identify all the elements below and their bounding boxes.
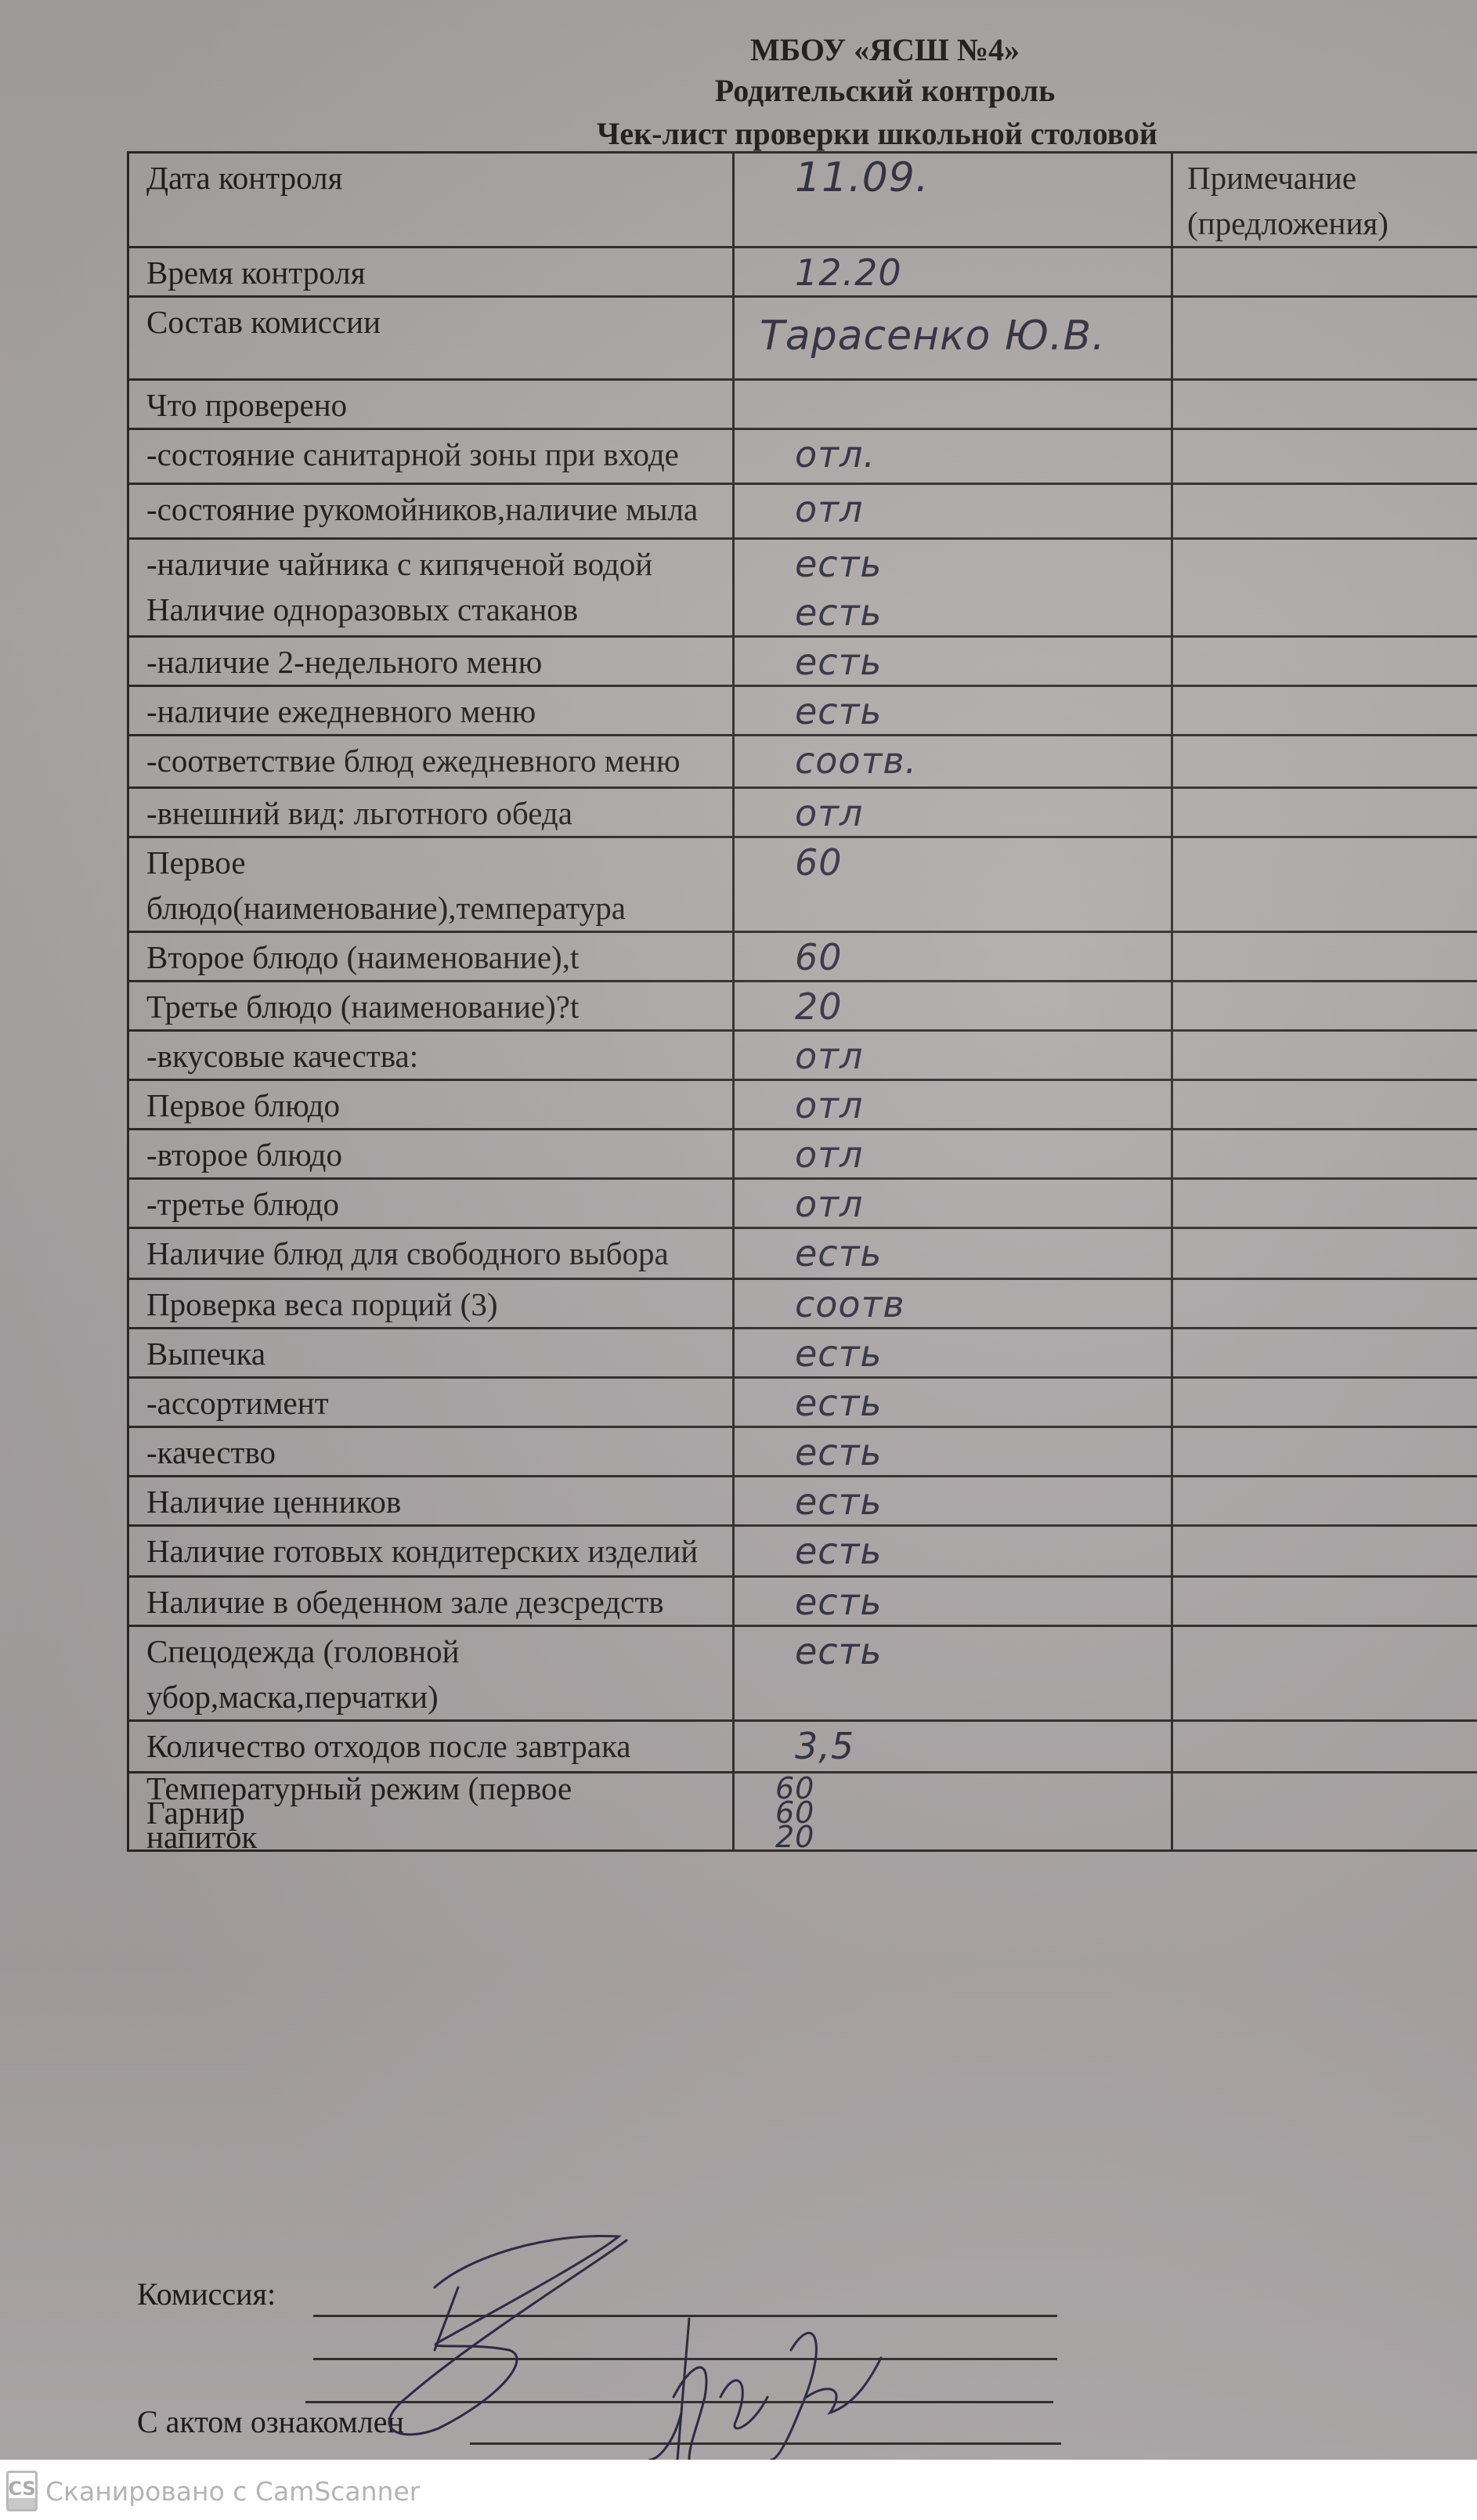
note-cell[interactable] [1172,539,1477,637]
check-label: -наличие чайника с кипяченой водой [146,541,724,587]
header-row: Время контроля12.20 [128,248,1477,297]
note-column-header: Примечание (предложения) [1172,153,1477,248]
table-row: -состояние рукомойников,наличие мылаотл [128,484,1477,539]
check-value-cell[interactable]: естьесть [734,539,1172,637]
table-row: Второе блюдо (наименование),t60 [128,932,1477,982]
note-cell[interactable] [1172,736,1477,788]
handwritten-value: 20 [752,984,1163,1029]
check-label: -состояние санитарной зоны при входе [146,432,724,477]
table-row: -наличие ежедневного менюесть [128,686,1477,736]
check-label: Второе блюдо (наименование),t [146,935,724,980]
check-label-cell: Наличие в обеденном зале дезсредств [128,1577,734,1626]
check-label: -третье блюдо [146,1181,724,1227]
check-label-cell: Наличие ценников [128,1477,734,1526]
table-row: Наличие ценниковесть [128,1477,1477,1526]
commission-signature-line-2[interactable] [313,2358,1057,2360]
note-cell[interactable] [1172,637,1477,686]
check-label-cell: -качество [128,1427,734,1477]
handwritten-temperature: 20 [752,1825,1163,1849]
commission-label: Комиссия: [137,2276,276,2312]
table-row: -ассортиментесть [128,1378,1477,1427]
check-label-cell: Выпечка [128,1329,734,1378]
handwritten-value: соотв [752,1282,1163,1327]
check-label: -наличие ежедневного меню [146,689,724,734]
note-cell[interactable] [1172,1179,1477,1228]
note-cell[interactable] [1172,248,1477,297]
check-label: Третье блюдо (наименование)?t [146,984,724,1029]
camscanner-watermark: CS Сканировано с CamScanner [6,2468,420,2515]
handwritten-value: есть [752,1479,1163,1524]
note-cell[interactable] [1172,1577,1477,1626]
handwritten-value: есть [752,1579,1163,1625]
row-value-cell[interactable]: 12.20 [734,248,1172,297]
handwritten-value: есть [752,1380,1163,1426]
row-label: Что проверено [128,380,734,429]
temperature-label: напиток [146,1825,724,1849]
handwritten-value: отл. [752,432,1163,477]
note-cell[interactable] [1172,1130,1477,1179]
header-row: Состав комиссииТарасенко Ю.В. [128,297,1477,380]
check-value-cell[interactable]: соотв. [734,736,1172,788]
note-cell[interactable] [1172,1378,1477,1427]
check-label-cell: Наличие блюд для свободного выбора [128,1228,734,1279]
note-cell[interactable] [1172,429,1477,484]
check-label: Первое блюдо [146,1083,724,1128]
check-value-cell[interactable]: соотв [734,1279,1172,1329]
check-value-cell[interactable]: есть [734,1329,1172,1378]
row-label: Дата контроля [128,153,734,248]
check-label: -второе блюдо [146,1132,724,1177]
scanned-page: МБОУ «ЯСШ №4» Родительский контроль Чек-… [0,0,1477,2460]
check-label: Наличие блюд для свободного выбора [146,1231,724,1276]
check-label-cell: Первое блюдо(наименование),температура [128,837,734,932]
document-title: Чек-лист проверки школьной столовой [133,115,1477,152]
check-label-cell: Проверка веса порций (3) [128,1279,734,1329]
table-row: -наличие чайника с кипяченой водойНаличи… [128,539,1477,637]
handwritten-value: есть [752,1331,1163,1376]
table-row: Наличие готовых кондитерских изделийесть [128,1526,1477,1577]
note-cell[interactable] [1172,788,1477,837]
row-label: Время контроля [128,248,734,297]
row-value-cell[interactable]: 11.09. [734,153,1172,248]
note-cell[interactable] [1172,380,1477,429]
check-label-cell: Первое блюдо [128,1080,734,1130]
row-value-cell[interactable]: Тарасенко Ю.В. [734,297,1172,380]
check-label-cell: -соответствие блюд ежедневного меню [128,736,734,788]
watermark-text: Сканировано с CamScanner [45,2476,420,2507]
handwritten-value: отл [752,1181,1163,1227]
check-value-cell[interactable]: отл [734,1179,1172,1228]
row-label: Состав комиссии [128,297,734,380]
check-value-cell[interactable]: есть [734,686,1172,736]
check-label-cell: Наличие готовых кондитерских изделий [128,1526,734,1577]
note-cell[interactable] [1172,686,1477,736]
check-label-cell: Количество отходов после завтрака [128,1721,734,1773]
camscanner-logo-icon: CS [6,2471,38,2511]
handwritten-value: есть [752,1629,1163,1674]
note-cell[interactable] [1172,1228,1477,1279]
check-value-cell[interactable]: отл [734,1031,1172,1080]
check-label-cell: -внешний вид: льготного обеда [128,788,734,837]
check-label-cell: Второе блюдо (наименование),t [128,932,734,982]
note-cell[interactable] [1172,982,1477,1031]
check-value-cell[interactable]: отл [734,788,1172,837]
note-cell[interactable] [1172,1526,1477,1577]
handwritten-value: отл [752,486,1163,532]
check-value-cell[interactable]: есть [734,1626,1172,1721]
check-value-cell[interactable]: есть [734,1526,1172,1577]
check-value-cell[interactable]: есть [734,1228,1172,1279]
check-label-cell: -третье блюдо [128,1179,734,1228]
handwritten-sub-value: есть [752,590,1163,635]
note-cell[interactable] [1172,1721,1477,1773]
handwritten-value: есть [752,1430,1163,1475]
note-cell[interactable] [1172,1773,1477,1851]
table-row: Наличие блюд для свободного выбораесть [128,1228,1477,1279]
handwritten-value: отл [752,1033,1163,1079]
table-row: Количество отходов после завтрака3,5 [128,1721,1477,1773]
handwritten-value: отл [752,790,1163,836]
commission-signature-line-3[interactable] [305,2401,1053,2403]
check-label-cell: -ассортимент [128,1378,734,1427]
check-label: Выпечка [146,1331,724,1376]
institution-name: МБОУ «ЯСШ №4» [125,31,1477,68]
check-label: -качество [146,1430,724,1475]
header-row: Что проверено [128,380,1477,429]
note-cell[interactable] [1172,1031,1477,1080]
table-row: -второе блюдоотл [128,1130,1477,1179]
check-value-cell[interactable]: 60 [734,932,1172,982]
check-label: -ассортимент [146,1380,724,1426]
handwritten-value: 60 [752,840,1163,885]
check-value-cell[interactable]: 20 [734,982,1172,1031]
table-row: Наличие в обеденном зале дезсредствесть [128,1577,1477,1626]
handwritten-value: есть [752,1528,1163,1574]
check-label-cell: -наличие ежедневного меню [128,686,734,736]
check-value-cell[interactable]: отл. [734,429,1172,484]
table-row: Проверка веса порций (3)соотв [128,1279,1477,1329]
table-row: -состояние санитарной зоны при входеотл. [128,429,1477,484]
check-value-cell[interactable]: есть [734,1378,1172,1427]
handwritten-value: 11.09. [752,155,1163,201]
note-cell[interactable] [1172,1427,1477,1477]
table-row: -третье блюдоотл [128,1179,1477,1228]
table-row: Первое блюдоотл [128,1080,1477,1130]
check-value-cell[interactable]: отл [734,1130,1172,1179]
note-cell[interactable] [1172,1329,1477,1378]
check-label: -вкусовые качества: [146,1033,724,1079]
handwritten-value: есть [752,689,1163,734]
check-value-cell[interactable]: 60 [734,837,1172,932]
check-label: Проверка веса порций (3) [146,1282,724,1327]
check-value-cell[interactable]: есть [734,1577,1172,1626]
acquainted-label: С актом ознакомлен [137,2403,404,2440]
check-label-cell: -второе блюдо [128,1130,734,1179]
checklist-table: Дата контроля11.09.Примечание (предложен… [127,151,1477,1852]
table-row: -вкусовые качества:отл [128,1031,1477,1080]
note-cell[interactable] [1172,932,1477,982]
document-subtitle: Родительский контроль [125,72,1477,109]
note-cell[interactable] [1172,837,1477,932]
note-cell[interactable] [1172,297,1477,380]
check-label: Наличие в обеденном зале дезсредств [146,1579,724,1625]
header-row: Дата контроля11.09.Примечание (предложен… [128,153,1477,248]
check-label-cell: -наличие чайника с кипяченой водойНаличи… [128,539,734,637]
check-label: Спецодежда (головной убор,маска,перчатки… [146,1629,724,1719]
temperature-regime-row: Температурный режим (первоеГарнирнапиток… [128,1773,1477,1851]
note-cell[interactable] [1172,1080,1477,1130]
table-row: Первое блюдо(наименование),температура60 [128,837,1477,932]
check-label-cell: Спецодежда (головной убор,маска,перчатки… [128,1626,734,1721]
check-label: -соответствие блюд ежедневного меню [146,738,724,783]
check-label-cell: -состояние санитарной зоны при входе [128,429,734,484]
check-value-cell[interactable]: 3,5 [734,1721,1172,1773]
table-row: Спецодежда (головной убор,маска,перчатки… [128,1626,1477,1721]
check-label: Наличие ценников [146,1479,724,1524]
table-row: -качествоесть [128,1427,1477,1477]
note-cell[interactable] [1172,1477,1477,1526]
check-sub-label: Наличие одноразовых стаканов [146,587,724,632]
handwritten-value: 60 [752,935,1163,980]
check-label: -наличие 2-недельного меню [146,639,724,685]
handwritten-value: 12.20 [752,250,1163,295]
check-label-cell: -состояние рукомойников,наличие мыла [128,484,734,539]
check-label: Первое блюдо(наименование),температура [146,840,724,931]
check-label-cell: -наличие 2-недельного меню [128,637,734,686]
check-label: Наличие готовых кондитерских изделий [146,1528,724,1574]
check-value-cell[interactable]: есть [734,1477,1172,1526]
temperature-values[interactable]: 606020 [734,1773,1172,1851]
temperature-labels: Температурный режим (первоеГарнирнапиток [128,1773,734,1851]
handwritten-value: отл [752,1132,1163,1177]
table-row: Третье блюдо (наименование)?t20 [128,982,1477,1031]
table-row: -внешний вид: льготного обедаотл [128,788,1477,837]
note-cell[interactable] [1172,1626,1477,1721]
check-label-cell: -вкусовые качества: [128,1031,734,1080]
handwritten-value: соотв. [752,738,1163,783]
check-value-cell[interactable]: есть [734,637,1172,686]
check-value-cell[interactable]: отл [734,1080,1172,1130]
check-label: -состояние рукомойников,наличие мыла [146,486,724,532]
check-value-cell[interactable]: есть [734,1427,1172,1477]
handwritten-value: 3,5 [752,1723,1163,1769]
check-label: -внешний вид: льготного обеда [146,790,724,836]
handwritten-value: есть [752,1231,1163,1276]
handwritten-value: есть [752,639,1163,685]
handwritten-value: есть [752,541,1163,587]
handwritten-value: отл [752,1083,1163,1128]
note-cell[interactable] [1172,1279,1477,1329]
table-row: -наличие 2-недельного менюесть [128,637,1477,686]
commission-signature-line-1[interactable] [313,2315,1057,2317]
acquainted-signature-line[interactable] [470,2442,1061,2445]
row-value-cell[interactable] [734,380,1172,429]
check-value-cell[interactable]: отл [734,484,1172,539]
table-row: Выпечкаесть [128,1329,1477,1378]
check-label-cell: Третье блюдо (наименование)?t [128,982,734,1031]
note-cell[interactable] [1172,484,1477,539]
handwritten-value: Тарасенко Ю.В. [752,299,1163,359]
table-row: -соответствие блюд ежедневного менюсоотв… [128,736,1477,788]
check-label: Количество отходов после завтрака [146,1723,724,1769]
